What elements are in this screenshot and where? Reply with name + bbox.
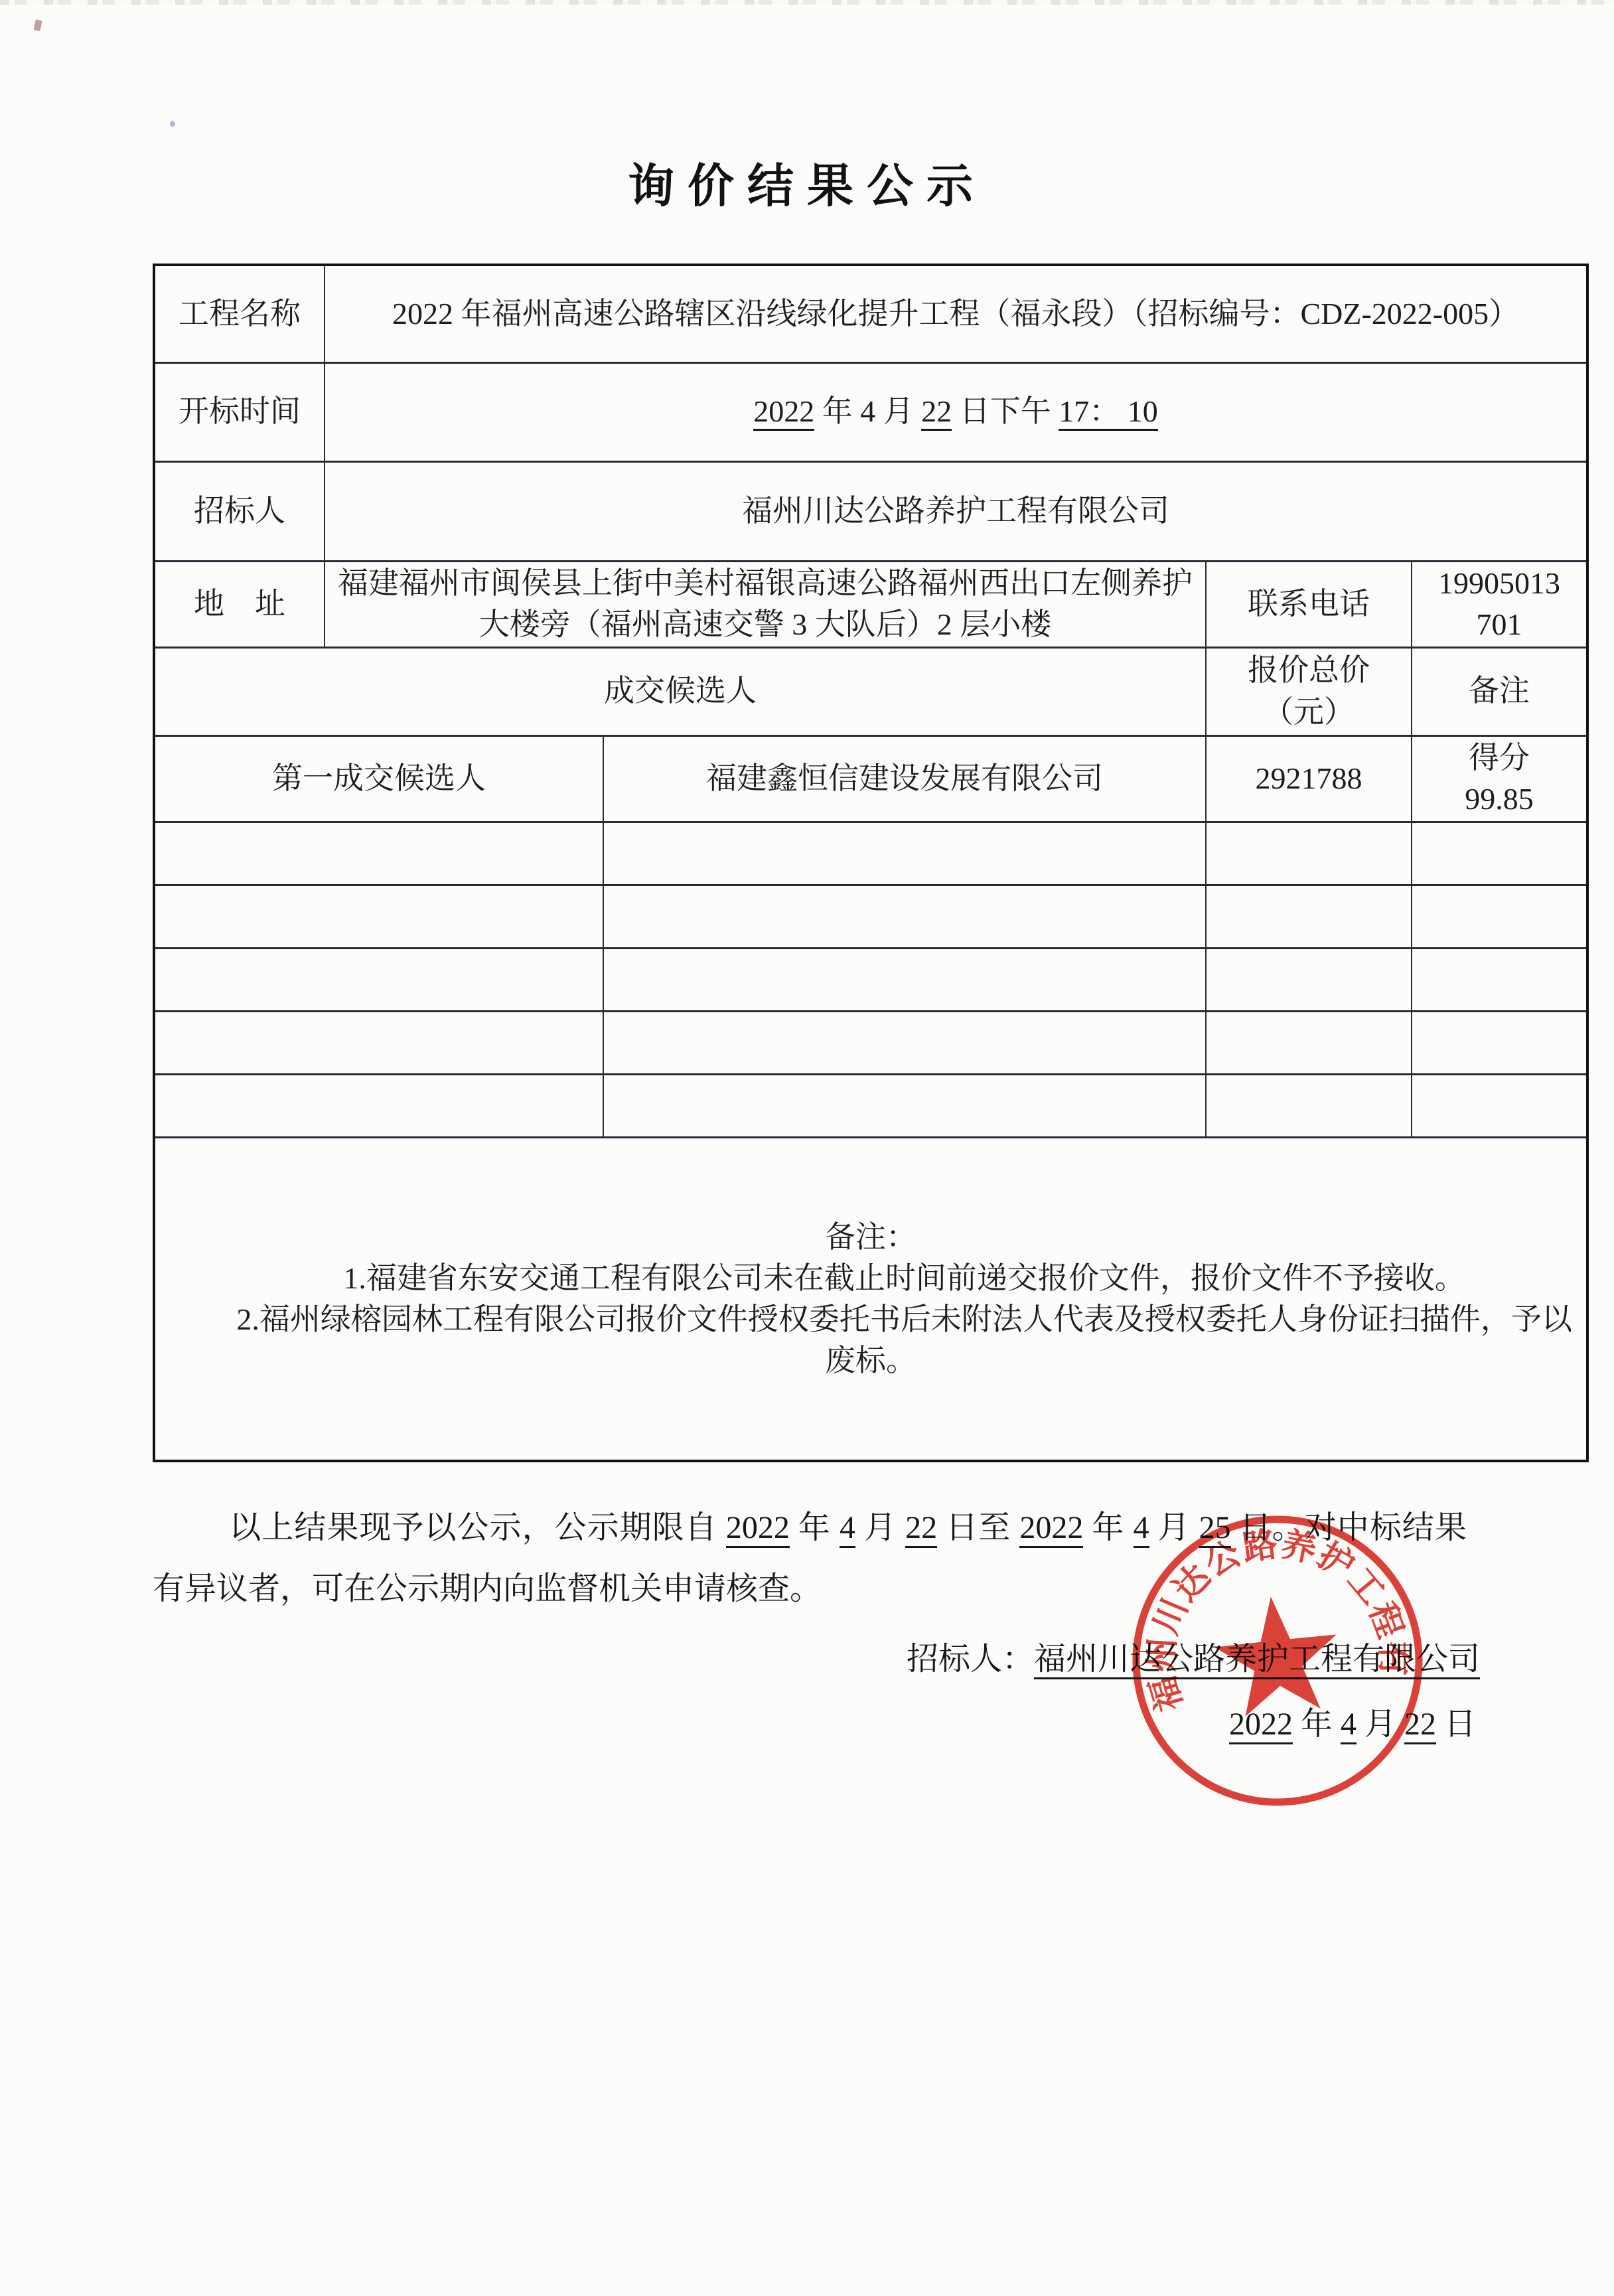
remark-item-1: 1.福建省东安交通工程有限公司未在截止时间前递交报价文件，报价文件不予接收。 [165, 1258, 1577, 1299]
announcement-paragraph: 以上结果现予以公示，公示期限自 2022 年 4 月 22 日至 2022 年 … [153, 1497, 1467, 1620]
remark-item-2: 2.福州绿榕园林工程有限公司报价文件授权委托书后未附法人代表及授权委托人身份证扫… [165, 1299, 1577, 1381]
scan-speck [170, 121, 175, 127]
empty-candidate-row [154, 885, 1587, 948]
project-name-label: 工程名称 [154, 265, 325, 362]
phone-value: 19905013701 [1412, 561, 1587, 647]
signer-company: 福州川达公路养护工程有限公司 [1034, 1642, 1480, 1679]
results-table-body: 工程名称 2022 年福州高速公路辖区沿线绿化提升工程（福永段）（招标编号：CD… [154, 265, 1587, 1461]
candidate-note: 得分99.85 [1412, 735, 1587, 822]
tenderee-label: 招标人 [154, 461, 325, 561]
open-time-value: 2022 年 4 月 22 日下午 17： 10 [325, 362, 1587, 461]
price-header: 报价总价（元） [1206, 647, 1412, 735]
candidate-price: 2921788 [1206, 735, 1412, 822]
candidates-header-row: 成交候选人 报价总价（元） 备注 [154, 647, 1587, 735]
scan-speck [33, 19, 42, 31]
tenderee-value: 福州川达公路养护工程有限公司 [325, 461, 1587, 561]
scan-noise-strip [0, 0, 1614, 5]
remarks-row: 备注： 1.福建省东安交通工程有限公司未在截止时间前递交报价文件，报价文件不予接… [154, 1137, 1587, 1461]
project-name-value: 2022 年福州高速公路辖区沿线绿化提升工程（福永段）（招标编号：CDZ-202… [325, 265, 1587, 362]
candidates-header: 成交候选人 [154, 647, 1206, 735]
signer-label: 招标人： [907, 1642, 1034, 1677]
tenderee-row: 招标人 福州川达公路养护工程有限公司 [154, 461, 1587, 561]
address-value: 福建福州市闽侯县上街中美村福银高速公路福州西出口左侧养护大楼旁（福州高速交警 3… [325, 561, 1206, 647]
candidate-company: 福建鑫恒信建设发展有限公司 [603, 735, 1206, 822]
phone-label: 联系电话 [1206, 561, 1412, 647]
empty-candidate-row [154, 822, 1587, 885]
empty-candidate-row [154, 1074, 1587, 1137]
scanned-document-page: 询价结果公示 工程名称 2022 年福州高速公路辖区沿线绿化提升工程（福永段）（… [0, 0, 1614, 2296]
candidate-row: 第一成交候选人 福建鑫恒信建设发展有限公司 2921788 得分99.85 [154, 735, 1587, 822]
note-header: 备注 [1412, 647, 1587, 735]
address-label: 地 址 [154, 561, 325, 647]
results-table: 工程名称 2022 年福州高速公路辖区沿线绿化提升工程（福永段）（招标编号：CD… [153, 264, 1589, 1462]
empty-candidate-row [154, 948, 1587, 1011]
signer-line: 招标人：福州川达公路养护工程有限公司 [907, 1633, 1480, 1679]
open-time-row: 开标时间 2022 年 4 月 22 日下午 17： 10 [154, 362, 1587, 461]
page-title: 询价结果公示 [0, 149, 1614, 216]
remarks-cell: 备注： 1.福建省东安交通工程有限公司未在截止时间前递交报价文件，报价文件不予接… [154, 1137, 1587, 1461]
address-row: 地 址 福建福州市闽侯县上街中美村福银高速公路福州西出口左侧养护大楼旁（福州高速… [154, 561, 1587, 647]
empty-candidate-row [154, 1011, 1587, 1074]
candidate-rank: 第一成交候选人 [154, 735, 603, 822]
open-time-label: 开标时间 [154, 362, 325, 461]
signature-date: 2022 年 4 月 22 日 [1229, 1698, 1476, 1744]
remarks-title: 备注： [165, 1217, 1577, 1258]
project-name-row: 工程名称 2022 年福州高速公路辖区沿线绿化提升工程（福永段）（招标编号：CD… [154, 265, 1587, 362]
